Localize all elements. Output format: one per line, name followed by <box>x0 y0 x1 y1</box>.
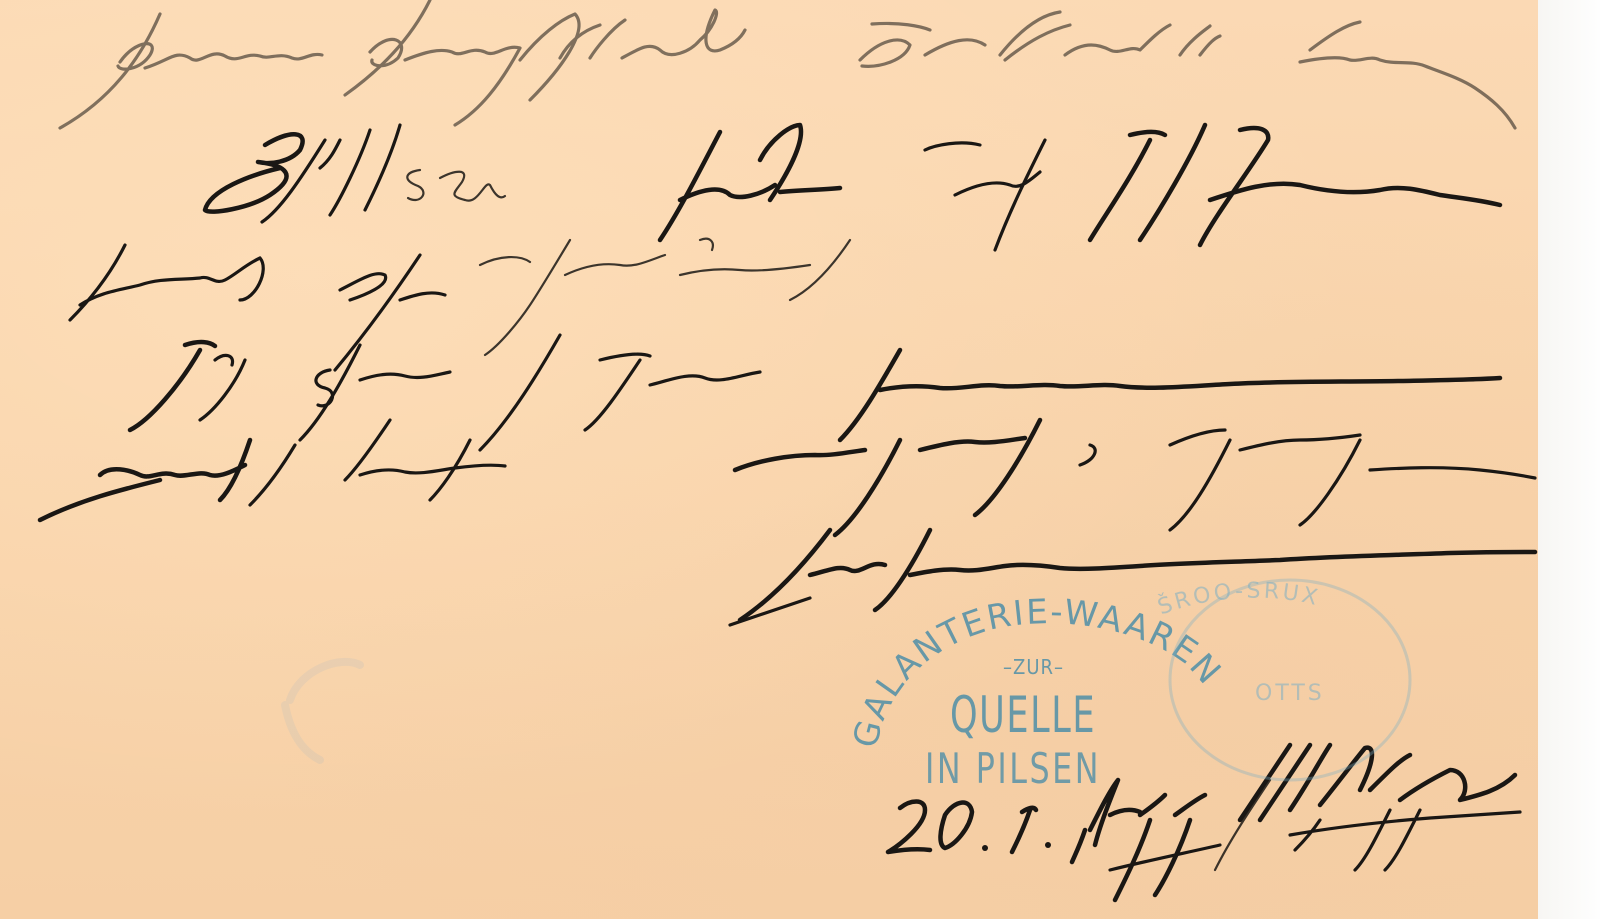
faded-stamp-inner-text: OTTS <box>1255 681 1325 706</box>
scan-margin <box>1538 0 1600 919</box>
handwriting-ink: GALANTERIE-WAAREN ŠROO-SRUX OTTS <box>0 0 1538 919</box>
postcard: GALANTERIE-WAAREN ŠROO-SRUX OTTS –ZUR– Q… <box>0 0 1538 919</box>
faded-stamp-arc-text: ŠROO-SRUX <box>1154 579 1322 621</box>
stamp-quelle-text: QUELLE <box>950 686 1096 744</box>
stamp-zur-text: –ZUR– <box>1003 655 1064 679</box>
stamp-in-pilsen-text: IN PILSEN <box>925 744 1101 793</box>
